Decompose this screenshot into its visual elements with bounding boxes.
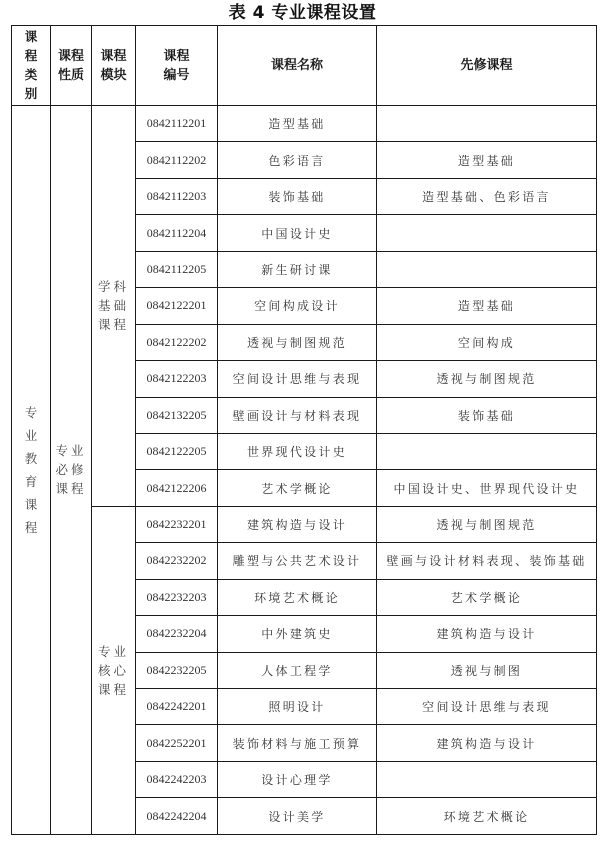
course-prerequisite [377,251,597,287]
course-prerequisite: 造型基础 [377,288,597,324]
header-prerequisite: 先修课程 [377,26,597,106]
course-prerequisite [377,106,597,142]
header-nature: 课程性质 [51,26,92,106]
header-row: 课程类别 课程性质 课程模块 课程编号 课程名称 先修课程 [12,26,597,106]
course-name: 壁画设计与材料表现 [218,397,377,433]
course-prerequisite: 透视与制图规范 [377,361,597,397]
header-module: 课程模块 [92,26,136,106]
course-prerequisite: 艺术学概论 [377,579,597,615]
table-row: 专业核心课程 0842232201 建筑构造与设计 透视与制图规范 [12,506,597,542]
course-code: 0842232204 [136,616,218,652]
course-code: 0842252201 [136,725,218,761]
course-prerequisite: 装饰基础 [377,397,597,433]
course-code: 0842122202 [136,324,218,360]
course-name: 建筑构造与设计 [218,506,377,542]
course-name: 空间设计思维与表现 [218,361,377,397]
header-module-label: 课程模块 [98,47,129,85]
course-name: 中国设计史 [218,215,377,251]
course-code: 0842112204 [136,215,218,251]
table-title: 表 4 专业课程设置 [0,3,605,23]
course-table: 课程类别 课程性质 课程模块 课程编号 课程名称 先修课程 专业教育课程 专业必… [11,25,597,835]
course-prerequisite: 透视与制图 [377,652,597,688]
course-prerequisite [377,761,597,797]
course-name: 造型基础 [218,106,377,142]
course-code: 0842242204 [136,798,218,834]
header-category-label: 课程类别 [24,27,39,103]
course-name: 中外建筑史 [218,616,377,652]
course-prerequisite: 建筑构造与设计 [377,616,597,652]
course-prerequisite: 空间设计思维与表现 [377,689,597,725]
module-label: 学科基础课程 [97,277,130,334]
course-code: 0842112201 [136,106,218,142]
course-prerequisite: 造型基础 [377,142,597,178]
course-prerequisite: 建筑构造与设计 [377,725,597,761]
header-category: 课程类别 [12,26,51,106]
module-cell-core: 专业核心课程 [92,506,136,834]
course-code: 0842112202 [136,142,218,178]
module-cell-basic: 学科基础课程 [92,106,136,507]
table-row: 专业教育课程 专业必修课程 学科基础课程 0842112201 造型基础 [12,106,597,142]
course-name: 设计心理学 [218,761,377,797]
course-name: 人体工程学 [218,652,377,688]
course-code: 0842122205 [136,433,218,469]
header-code-label: 课程编号 [161,47,192,85]
course-code: 0842112203 [136,178,218,214]
course-name: 艺术学概论 [218,470,377,506]
course-name: 新生研讨课 [218,251,377,287]
header-code: 课程编号 [136,26,218,106]
course-code: 0842132205 [136,397,218,433]
course-code: 0842112205 [136,251,218,287]
course-prerequisite: 中国设计史、世界现代设计史 [377,470,597,506]
course-name: 装饰材料与施工预算 [218,725,377,761]
course-code: 0842122206 [136,470,218,506]
course-code: 0842122203 [136,361,218,397]
course-code: 0842242201 [136,689,218,725]
course-code: 0842242203 [136,761,218,797]
course-name: 装饰基础 [218,178,377,214]
course-code: 0842232201 [136,506,218,542]
course-code: 0842232202 [136,543,218,579]
course-prerequisite [377,433,597,469]
course-name: 设计美学 [218,798,377,834]
course-prerequisite: 空间构成 [377,324,597,360]
course-prerequisite: 壁画与设计材料表现、装饰基础 [377,543,597,579]
course-prerequisite: 透视与制图规范 [377,506,597,542]
header-nature-label: 课程性质 [55,47,86,85]
course-code: 0842122201 [136,288,218,324]
course-prerequisite: 环境艺术概论 [377,798,597,834]
nature-label: 专业必修课程 [55,441,88,498]
course-name: 环境艺术概论 [218,579,377,615]
course-prerequisite: 造型基础、色彩语言 [377,178,597,214]
course-code: 0842232205 [136,652,218,688]
course-name: 透视与制图规范 [218,324,377,360]
course-name: 空间构成设计 [218,288,377,324]
nature-cell: 专业必修课程 [51,106,92,835]
header-name: 课程名称 [218,26,377,106]
course-prerequisite [377,215,597,251]
course-name: 世界现代设计史 [218,433,377,469]
course-name: 色彩语言 [218,142,377,178]
course-name: 照明设计 [218,689,377,725]
course-code: 0842232203 [136,579,218,615]
category-cell: 专业教育课程 [12,106,51,835]
course-name: 雕塑与公共艺术设计 [218,543,377,579]
category-label: 专业教育课程 [24,401,39,539]
module-label: 专业核心课程 [97,642,130,699]
